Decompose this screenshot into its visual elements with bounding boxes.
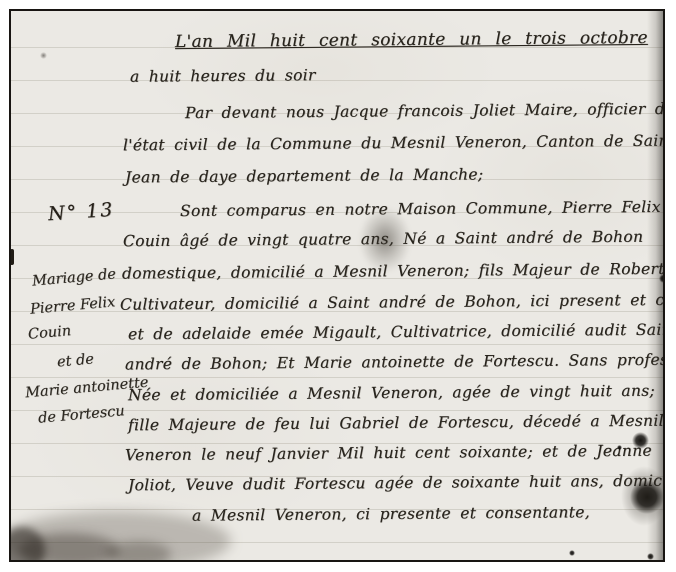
manuscript-line: Sont comparus en notre Maison Commune, P… (180, 197, 661, 221)
ink-smudge (359, 207, 411, 273)
manuscript-line: l'état civil de la Commune du Mesnil Ven… (123, 131, 665, 156)
ink-blot (632, 432, 649, 449)
manuscript-line: fille Majeure de feu lui Gabriel de Fort… (128, 411, 664, 436)
manuscript-line: Veneron le neuf Janvier Mil huit cent so… (125, 441, 652, 466)
screenshot-root: { "colors": { "frame": "#ffffff", "paper… (0, 0, 676, 572)
manuscript-line: L'an Mil huit cent soixante un le trois … (175, 28, 648, 52)
manuscript-line: Cultivateur, domicilié a Saint andré de … (120, 289, 665, 314)
margin-note-line: et de (56, 351, 94, 370)
ink-blot (647, 553, 654, 560)
margin-note-line: Pierre Felix (29, 294, 115, 317)
ink-blot (569, 550, 575, 556)
manuscript-line: Née et domiciliée a Mesnil Veneron, agée… (128, 381, 655, 406)
manuscript-line: a huit heures du soir (130, 65, 316, 87)
ink-blot (617, 445, 622, 450)
paper-stain (107, 541, 171, 562)
ink-speck (40, 52, 47, 59)
margin-note-line: de Fortescu (37, 403, 125, 426)
manuscript-line: et de adelaide emée Migault, Cultivatric… (128, 320, 665, 345)
manuscript-line: Par devant nous Jacque francois Joliet M… (185, 99, 665, 123)
ink-blot (664, 334, 665, 342)
scanned-register-page: N° 13 Mariage de Pierre Felix Couin et d… (9, 9, 665, 562)
margin-note-line: Mariage de (31, 266, 116, 289)
ink-blot (662, 411, 665, 419)
ink-blot (621, 466, 665, 526)
ink-blot (659, 274, 665, 283)
margin-note-line: Couin (27, 323, 71, 343)
manuscript-line: Jean de daye departement de la Manche; (125, 164, 484, 187)
manuscript-line: a Mesnil Veneron, ci presente et consent… (192, 502, 590, 525)
manuscript-line: andré de Bohon; Et Marie antoinette de F… (125, 349, 665, 374)
act-number: N° 13 (47, 199, 115, 226)
edge-mark (10, 249, 14, 265)
manuscript-line: Joliot, Veuve dudit Fortescu agée de soi… (128, 471, 665, 496)
